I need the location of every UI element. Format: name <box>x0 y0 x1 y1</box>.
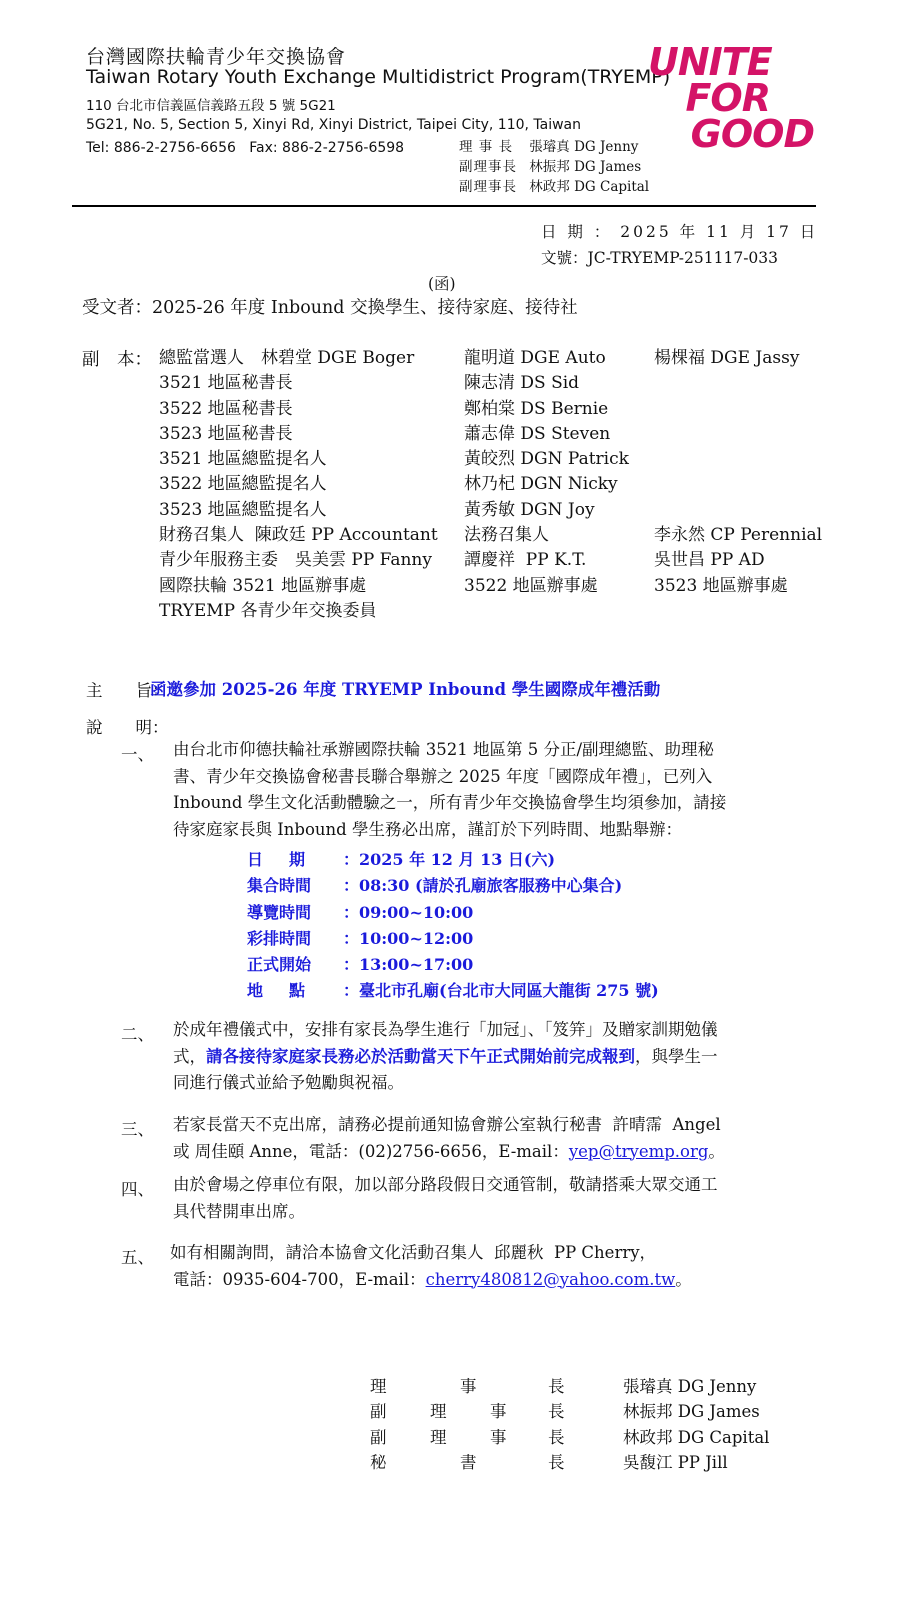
officer-role: 理 事 長 <box>459 137 525 157</box>
cc-column-2: 龍明道 DGE Auto 陳志清 DS Sid 鄭柏棠 DS Bernie 蕭志… <box>464 346 629 599</box>
text-span: 。 <box>675 1270 692 1289</box>
schedule-value: ：08:30 (請於孔廟旅客服務中心集合) <box>343 876 622 895</box>
address-en: 5G21, No. 5, Section 5, Xinyi Rd, Xinyi … <box>86 117 581 133</box>
cc-label: 副 本： <box>82 346 152 371</box>
header-divider <box>72 205 816 207</box>
cc-entry <box>654 498 822 523</box>
cc-entry: 3522 地區總監提名人 <box>159 472 438 497</box>
item-number: 二、 <box>121 1021 154 1045</box>
item-number: 四、 <box>121 1176 154 1200</box>
cc-entry: TRYEMP 各青少年交換委員 <box>159 599 438 624</box>
cc-entry: 譚慶祥 PP K.T. <box>464 548 629 573</box>
schedule-value: ：臺北市孔廟(台北市大同區大龍街 275 號) <box>343 981 659 1000</box>
item-number: 三、 <box>121 1116 154 1140</box>
cc-entry: 3521 地區總監提名人 <box>159 447 438 472</box>
text-span: 式， <box>173 1047 206 1066</box>
officer-role: 副理事長 <box>459 177 525 197</box>
signature-name: 張璿真 DG Jenny <box>623 1377 756 1396</box>
signature-block: 理事長張璿真 DG Jenny 副理事長林振邦 DG James 副理事長林政邦… <box>370 1374 769 1475</box>
cc-column-3: 楊棵福 DGE Jassy 李永然 CP Perennial 吳世昌 PP AD… <box>654 346 822 599</box>
paragraph-line: 書、青少年交換協會秘書長聯合舉辦之 2025 年度「國際成年禮」，已列入 <box>173 764 726 791</box>
text-span: 或 周佳頤 Anne，電話：(02)2756-6656，E-mail： <box>173 1142 569 1161</box>
paragraph-line: 若家長當天不克出席，請務必提前通知協會辦公室執行秘書 許晴霈 Angel <box>173 1112 725 1139</box>
cc-entry <box>654 397 822 422</box>
schedule-key: 正式開始 <box>247 952 343 978</box>
signature-name: 林振邦 DG James <box>623 1402 760 1421</box>
role-char: 理 <box>430 1399 490 1424</box>
paragraph-line: 同進行儀式並給予勉勵與祝福。 <box>173 1070 718 1097</box>
schedule-row: 地點：臺北市孔廟(台北市大同區大龍街 275 號) <box>247 978 659 1004</box>
role-char: 長 <box>548 1450 565 1475</box>
cc-entry: 陳志清 DS Sid <box>464 371 629 396</box>
schedule-row: 正式開始：13:00~17:00 <box>247 952 659 978</box>
paragraph-line: 如有相關詢問，請洽本協會文化活動召集人 邱麗秋 PP Cherry， <box>170 1240 692 1267</box>
cc-entry: 3522 地區秘書長 <box>159 397 438 422</box>
role-char: 副 <box>370 1399 430 1424</box>
cc-entry: 楊棵福 DGE Jassy <box>654 346 822 371</box>
paragraph-line: 待家庭家長與 Inbound 學生務必出席，謹訂於下列時間、地點舉辦： <box>173 817 726 844</box>
highlighted-instruction: 請各接待家庭家長務必於活動當天下午正式開始前完成報到 <box>206 1047 635 1066</box>
cc-entry: 3523 地區秘書長 <box>159 422 438 447</box>
item-2-body: 於成年禮儀式中，安排有家長為學生進行「加冠」、「笈笄」及贈家訓期勉儀 式，請各接… <box>173 1017 718 1097</box>
letter-type-mark: (函) <box>428 272 456 294</box>
schedule-row: 彩排時間：10:00~12:00 <box>247 926 659 952</box>
officer-row: 副理事長 林振邦 DG James <box>459 157 649 177</box>
logo-line: GOOD <box>648 116 814 152</box>
paragraph-line: Inbound 學生文化活動體驗之一，所有青少年交換協會學生均須參加，請接 <box>173 790 726 817</box>
signature-role: 秘書長 <box>370 1450 623 1475</box>
role-char: 長 <box>548 1399 565 1424</box>
subject-text: 函邀參加 2025-26 年度 TRYEMP Inbound 學生國際成年禮活動 <box>150 676 660 700</box>
schedule-row: 集合時間：08:30 (請於孔廟旅客服務中心集合) <box>247 873 659 899</box>
schedule-value: ：09:00~10:00 <box>343 903 473 922</box>
paragraph-line: 電話：0935-604-700，E-mail：cherry480812@yaho… <box>170 1267 692 1294</box>
email-link-yep[interactable]: yep@tryemp.org <box>569 1142 709 1161</box>
officer-name: 張璿真 DG Jenny <box>529 139 638 155</box>
role-char: 副 <box>370 1425 430 1450</box>
schedule-row: 導覽時間：09:00~10:00 <box>247 900 659 926</box>
officer-role: 副理事長 <box>459 157 525 177</box>
schedule-row: 日期：2025 年 12 月 13 日(六) <box>247 847 659 873</box>
signature-role: 理事長 <box>370 1374 623 1399</box>
role-char: 理 <box>370 1374 460 1399</box>
letterhead-officers: 理 事 長 張璿真 DG Jenny 副理事長 林振邦 DG James 副理事… <box>459 137 649 197</box>
schedule-key: 日期 <box>247 847 343 873</box>
cc-entry: 財務召集人 陳政廷 PP Accountant <box>159 523 438 548</box>
schedule-value: ：2025 年 12 月 13 日(六) <box>343 850 555 869</box>
paragraph-line: 由台北市仰德扶輪社承辦國際扶輪 3521 地區第 5 分正/副理總監、助理秘 <box>173 737 726 764</box>
cc-entry: 青少年服務主委 吳美雲 PP Fanny <box>159 548 438 573</box>
role-char: 事 <box>460 1374 548 1399</box>
org-name-en: Taiwan Rotary Youth Exchange Multidistri… <box>86 66 670 88</box>
role-char: 書 <box>460 1450 548 1475</box>
cc-entry: 3523 地區辦事處 <box>654 574 822 599</box>
explanation-label: 說 明： <box>86 714 169 738</box>
email-link-cherry[interactable]: cherry480812@yahoo.com.tw <box>426 1270 676 1289</box>
unite-for-good-logo: UNITE FOR GOOD <box>648 44 814 152</box>
officer-row: 副理事長 林政邦 DG Capital <box>459 177 649 197</box>
officer-row: 理 事 長 張璿真 DG Jenny <box>459 137 649 157</box>
role-char: 事 <box>490 1399 548 1424</box>
cc-entry: 3523 地區總監提名人 <box>159 498 438 523</box>
cc-entry: 鄭柏棠 DS Bernie <box>464 397 629 422</box>
paragraph-line: 由於會場之停車位有限，加以部分路段假日交通管制，敬請搭乘大眾交通工 <box>173 1172 718 1199</box>
signature-row: 副理事長林政邦 DG Capital <box>370 1425 769 1450</box>
cc-entry: 3521 地區秘書長 <box>159 371 438 396</box>
officer-name: 林政邦 DG Capital <box>529 179 649 195</box>
schedule-value: ：10:00~12:00 <box>343 929 473 948</box>
cc-entry <box>654 472 822 497</box>
cc-entry <box>654 422 822 447</box>
cc-entry: 法務召集人 <box>464 523 629 548</box>
cc-entry: 總監當選人 林碧堂 DGE Boger <box>159 346 438 371</box>
address-zh: 110 台北市信義區信義路五段 5 號 5G21 <box>86 94 336 114</box>
cc-entry: 吳世昌 PP AD <box>654 548 822 573</box>
schedule-key: 地點 <box>247 978 343 1004</box>
document-reference: 文號：JC-TRYEMP-251117-033 <box>541 246 778 268</box>
signature-name: 林政邦 DG Capital <box>623 1428 769 1447</box>
document-date: 日 期 ： 2025 年 11 月 17 日 <box>541 220 818 242</box>
role-char: 事 <box>490 1425 548 1450</box>
schedule-key: 導覽時間 <box>247 900 343 926</box>
recipient-line: 受文者：2025-26 年度 Inbound 交換學生、接待家庭、接待社 <box>82 294 578 319</box>
cc-entry: 林乃杞 DGN Nicky <box>464 472 629 497</box>
org-name-zh: 台灣國際扶輪青少年交換協會 <box>86 42 346 69</box>
event-schedule: 日期：2025 年 12 月 13 日(六) 集合時間：08:30 (請於孔廟旅… <box>247 847 659 1005</box>
item-3-body: 若家長當天不克出席，請務必提前通知協會辦公室執行秘書 許晴霈 Angel 或 周… <box>173 1112 725 1165</box>
paragraph-line: 於成年禮儀式中，安排有家長為學生進行「加冠」、「笈笄」及贈家訓期勉儀 <box>173 1017 718 1044</box>
cc-column-1: 總監當選人 林碧堂 DGE Boger 3521 地區秘書長 3522 地區秘書… <box>159 346 438 624</box>
logo-line: UNITE <box>648 44 762 80</box>
cc-entry: 蕭志偉 DS Steven <box>464 422 629 447</box>
role-char: 秘 <box>370 1450 460 1475</box>
item-4-body: 由於會場之停車位有限，加以部分路段假日交通管制，敬請搭乘大眾交通工 具代替開車出… <box>173 1172 718 1225</box>
text-span: 。 <box>708 1142 725 1161</box>
cc-entry: 國際扶輪 3521 地區辦事處 <box>159 574 438 599</box>
cc-entry <box>654 371 822 396</box>
logo-line: FOR <box>648 80 770 116</box>
schedule-value: ：13:00~17:00 <box>343 955 473 974</box>
cc-entry: 黃秀敏 DGN Joy <box>464 498 629 523</box>
officer-name: 林振邦 DG James <box>529 159 641 175</box>
role-char: 長 <box>548 1374 565 1399</box>
signature-row: 秘書長吳馥江 PP Jill <box>370 1450 769 1475</box>
signature-row: 副理事長林振邦 DG James <box>370 1399 769 1424</box>
schedule-key: 集合時間 <box>247 873 343 899</box>
signature-role: 副理事長 <box>370 1399 623 1424</box>
paragraph-line: 具代替開車出席。 <box>173 1199 718 1226</box>
signature-name: 吳馥江 PP Jill <box>623 1453 728 1472</box>
item-5-body: 如有相關詢問，請洽本協會文化活動召集人 邱麗秋 PP Cherry， 電話：09… <box>170 1240 692 1293</box>
text-span: ，與學生一 <box>635 1047 718 1066</box>
paragraph-line: 或 周佳頤 Anne，電話：(02)2756-6656，E-mail：yep@t… <box>173 1139 725 1166</box>
cc-entry: 李永然 CP Perennial <box>654 523 822 548</box>
cc-entry: 黃皎烈 DGN Patrick <box>464 447 629 472</box>
item-number: 一、 <box>121 741 154 765</box>
cc-entry <box>654 447 822 472</box>
paragraph-line: 式，請各接待家庭家長務必於活動當天下午正式開始前完成報到，與學生一 <box>173 1044 718 1071</box>
schedule-key: 彩排時間 <box>247 926 343 952</box>
text-span: 電話：0935-604-700，E-mail： <box>173 1270 426 1289</box>
role-char: 長 <box>548 1425 565 1450</box>
item-1-body: 由台北市仰德扶輪社承辦國際扶輪 3521 地區第 5 分正/副理總監、助理秘 書… <box>173 737 726 843</box>
contact-line: Tel: 886-2-2756-6656 Fax: 886-2-2756-659… <box>86 140 404 156</box>
signature-row: 理事長張璿真 DG Jenny <box>370 1374 769 1399</box>
item-number: 五、 <box>121 1244 154 1268</box>
role-char: 理 <box>430 1425 490 1450</box>
cc-entry: 龍明道 DGE Auto <box>464 346 629 371</box>
signature-role: 副理事長 <box>370 1425 623 1450</box>
cc-entry: 3522 地區辦事處 <box>464 574 629 599</box>
